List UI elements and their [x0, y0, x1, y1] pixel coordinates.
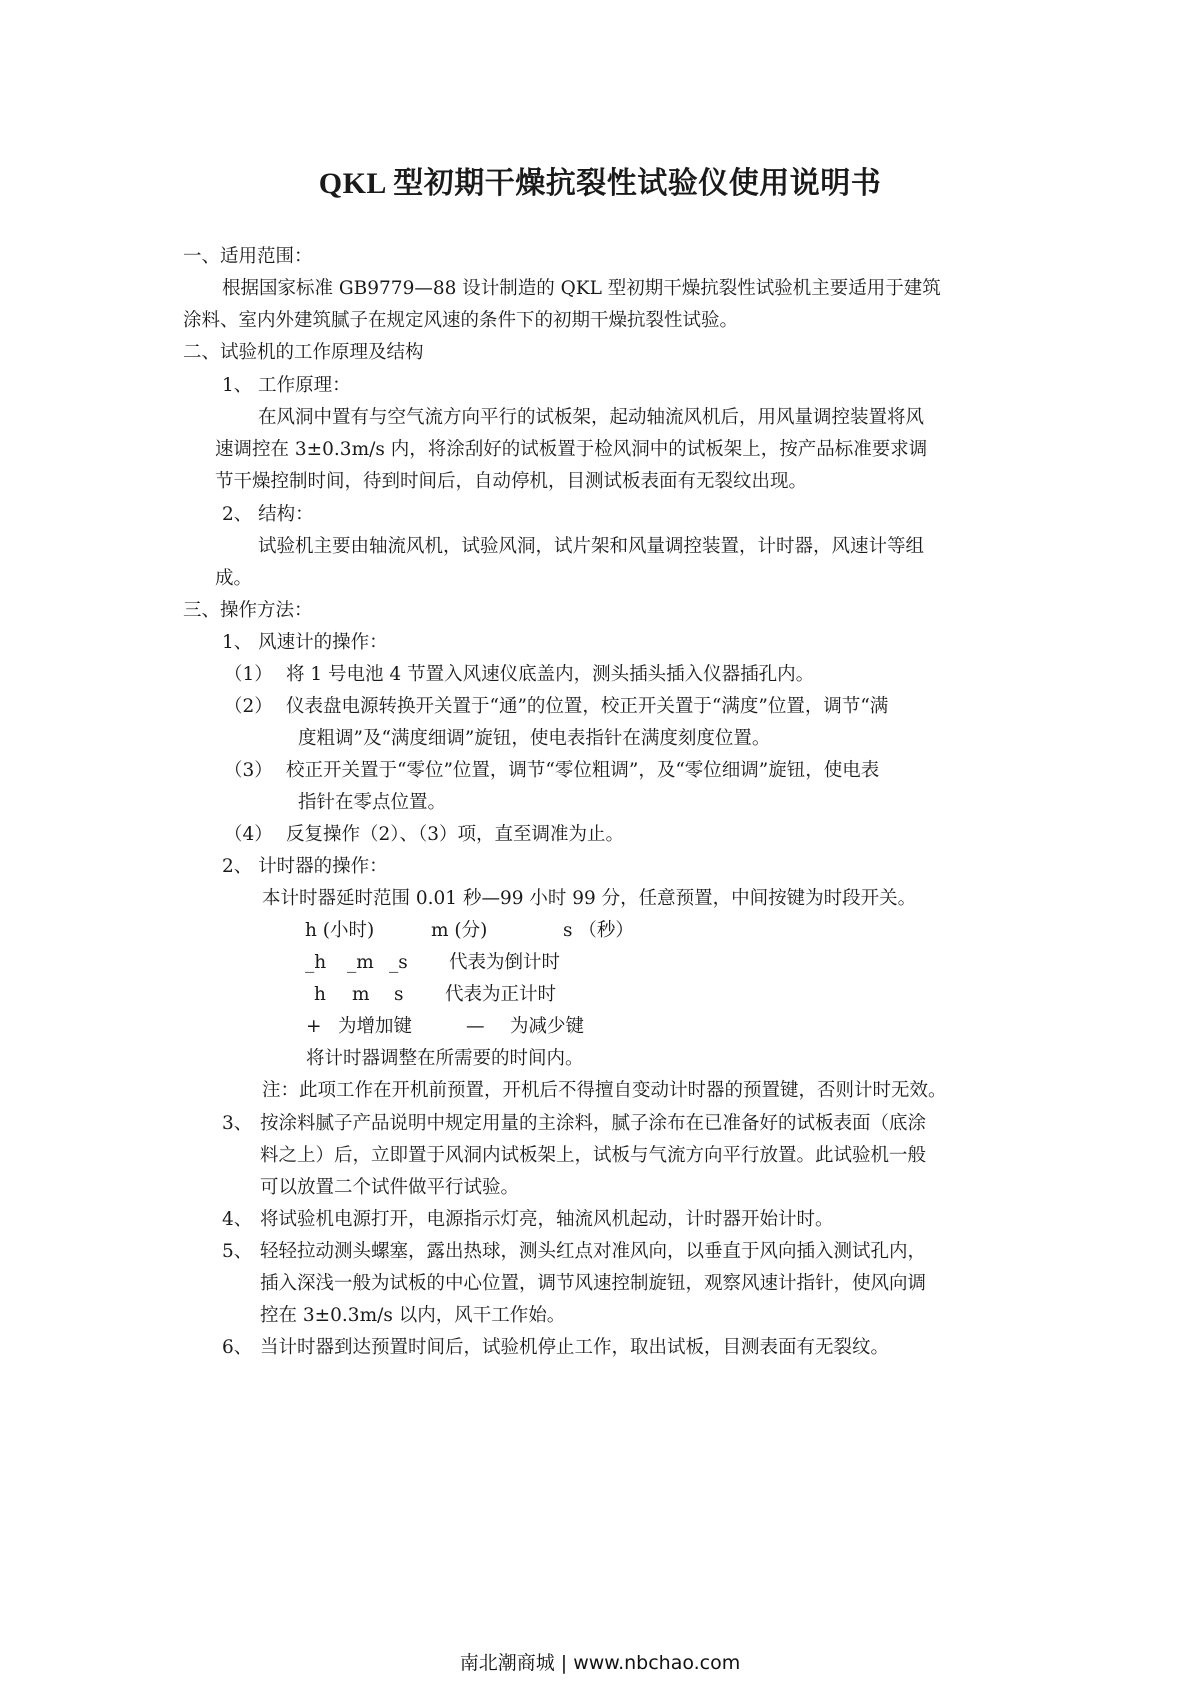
- operation-step-3: 3、按涂料腻子产品说明中规定用量的主涂料，腻子涂布在已准备好的试板表面（底涂: [222, 1115, 926, 1134]
- anemometer-step-1: （1）将 1 号电池 4 节置入风速仪底盖内，测头插头插入仪器插孔内。: [224, 666, 814, 685]
- step-number: （4）: [224, 826, 286, 845]
- minus-key-symbol: —: [466, 1018, 510, 1037]
- operation-step-3-line-2: 料之上）后，立即置于风洞内试板架上，试板与气流方向平行放置。此试验机一般: [260, 1147, 926, 1166]
- keys-row: +为增加键—为减少键: [306, 1018, 584, 1037]
- unit-second: s （秒）: [563, 922, 634, 941]
- scope-paragraph-line-2: 涂料、室内外建筑腻子在规定风速的条件下的初期干燥抗裂性试验。: [183, 312, 738, 331]
- timer-note: 注：此项工作在开机前预置，开机后不得擅自变动计时器的预置键，否则计时无效。: [262, 1082, 947, 1101]
- structure-line-2: 成。: [215, 570, 252, 589]
- operation-step-5-line-3: 控在 3±0.3m/s 以内，风干工作始。: [260, 1307, 565, 1326]
- step-number: 6、: [222, 1339, 260, 1358]
- subheading-working-principle: 1、 工作原理：: [222, 377, 351, 396]
- plus-key-symbol: +: [306, 1018, 338, 1037]
- structure-line-1: 试验机主要由轴流风机，试验风洞，试片架和风量调控装置，计时器，风速计等组: [258, 538, 924, 557]
- step-text: 轻轻拉动测头螺塞，露出热球，测头红点对准风向，以垂直于风向插入测试孔内，: [260, 1241, 926, 1262]
- anemometer-step-2-cont: 度粗调”及“满度细调”旋钮，使电表指针在满度刻度位置。: [298, 730, 770, 749]
- countup-desc: 代表为正计时: [445, 984, 556, 1005]
- principle-line-1: 在风洞中置有与空气流方向平行的试板架，起动轴流风机后，用风量调控装置将风: [258, 409, 924, 428]
- timer-adjust-line: 将计时器调整在所需要的时间内。: [306, 1050, 584, 1069]
- step-number: 4、: [222, 1211, 260, 1230]
- step-number: （1）: [224, 666, 286, 685]
- countdown-h: _h: [305, 954, 347, 973]
- countdown-m: _m: [347, 954, 389, 973]
- countup-row: hms代表为正计时: [314, 986, 556, 1005]
- step-text: 仪表盘电源转换开关置于“通”的位置，校正开关置于“满度”位置，调节“满: [286, 696, 888, 717]
- anemometer-step-4: （4）反复操作（2）、（3）项，直至调准为止。: [224, 826, 624, 845]
- step-text: 按涂料腻子产品说明中规定用量的主涂料，腻子涂布在已准备好的试板表面（底涂: [260, 1113, 926, 1134]
- section-heading-principle: 二、试验机的工作原理及结构: [183, 344, 424, 363]
- step-text: 反复操作（2）、（3）项，直至调准为止。: [286, 824, 624, 845]
- countup-s: s: [394, 986, 445, 1005]
- countdown-row: _h_m_s代表为倒计时: [305, 954, 560, 973]
- principle-line-2: 速调控在 3±0.3m/s 内，将涂刮好的试板置于检风洞中的试板架上，按产品标准…: [215, 441, 927, 460]
- anemometer-step-3-cont: 指针在零点位置。: [298, 794, 446, 813]
- step-number: （3）: [224, 762, 286, 781]
- countdown-desc: 代表为倒计时: [449, 952, 560, 973]
- minus-key-desc: 为减少键: [510, 1016, 584, 1037]
- section-heading-operation: 三、操作方法：: [183, 602, 313, 621]
- principle-line-3: 节干燥控制时间，待到时间后，自动停机，目测试板表面有无裂纹出现。: [215, 473, 807, 492]
- plus-key-desc: 为增加键: [338, 1018, 466, 1037]
- step-text: 校正开关置于“零位”位置，调节“零位粗调”，及“零位细调”旋钮，使电表: [286, 760, 879, 781]
- document-title: QKL 型初期干燥抗裂性试验仪使用说明书: [0, 158, 1200, 202]
- step-text: 将 1 号电池 4 节置入风速仪底盖内，测头插头插入仪器插孔内。: [286, 664, 814, 685]
- operation-step-6: 6、当计时器到达预置时间后，试验机停止工作，取出试板，目测表面有无裂纹。: [222, 1339, 889, 1358]
- step-text: 将试验机电源打开，电源指示灯亮，轴流风机起动，计时器开始计时。: [260, 1209, 834, 1230]
- countdown-s: _s: [389, 954, 449, 973]
- operation-step-3-line-3: 可以放置二个试件做平行试验。: [260, 1179, 519, 1198]
- timer-range-line: 本计时器延时范围 0.01 秒—99 小时 99 分，任意预置，中间按键为时段开…: [262, 890, 916, 909]
- footer-watermark: 南北潮商城 | www.nbchao.com: [0, 1648, 1200, 1675]
- scope-paragraph-line-1: 根据国家标准 GB9779—88 设计制造的 QKL 型初期干燥抗裂性试验机主要…: [222, 280, 941, 299]
- unit-minute: m (分): [431, 922, 563, 941]
- step-number: 5、: [222, 1243, 260, 1262]
- anemometer-step-2: （2）仪表盘电源转换开关置于“通”的位置，校正开关置于“满度”位置，调节“满: [224, 698, 888, 717]
- document-page: QKL 型初期干燥抗裂性试验仪使用说明书 一、适用范围： 根据国家标准 GB97…: [0, 0, 1200, 1697]
- unit-hour: h (小时): [305, 922, 431, 941]
- countup-h: h: [314, 986, 352, 1005]
- operation-step-5: 5、轻轻拉动测头螺塞，露出热球，测头红点对准风向，以垂直于风向插入测试孔内，: [222, 1243, 926, 1262]
- subheading-structure: 2、 结构：: [222, 506, 314, 525]
- operation-step-4: 4、将试验机电源打开，电源指示灯亮，轴流风机起动，计时器开始计时。: [222, 1211, 834, 1230]
- section-heading-scope: 一、适用范围：: [183, 248, 313, 267]
- operation-step-5-line-2: 插入深浅一般为试板的中心位置，调节风速控制旋钮，观察风速计指针，使风向调: [260, 1275, 926, 1294]
- timer-units-row: h (小时)m (分)s （秒）: [305, 922, 634, 941]
- subheading-anemometer: 1、 风速计的操作：: [222, 634, 388, 653]
- countup-m: m: [352, 986, 394, 1005]
- step-text: 当计时器到达预置时间后，试验机停止工作，取出试板，目测表面有无裂纹。: [260, 1337, 889, 1358]
- subheading-timer: 2、 计时器的操作：: [222, 858, 388, 877]
- anemometer-step-3: （3）校正开关置于“零位”位置，调节“零位粗调”，及“零位细调”旋钮，使电表: [224, 762, 879, 781]
- step-number: 3、: [222, 1115, 260, 1134]
- step-number: （2）: [224, 698, 286, 717]
